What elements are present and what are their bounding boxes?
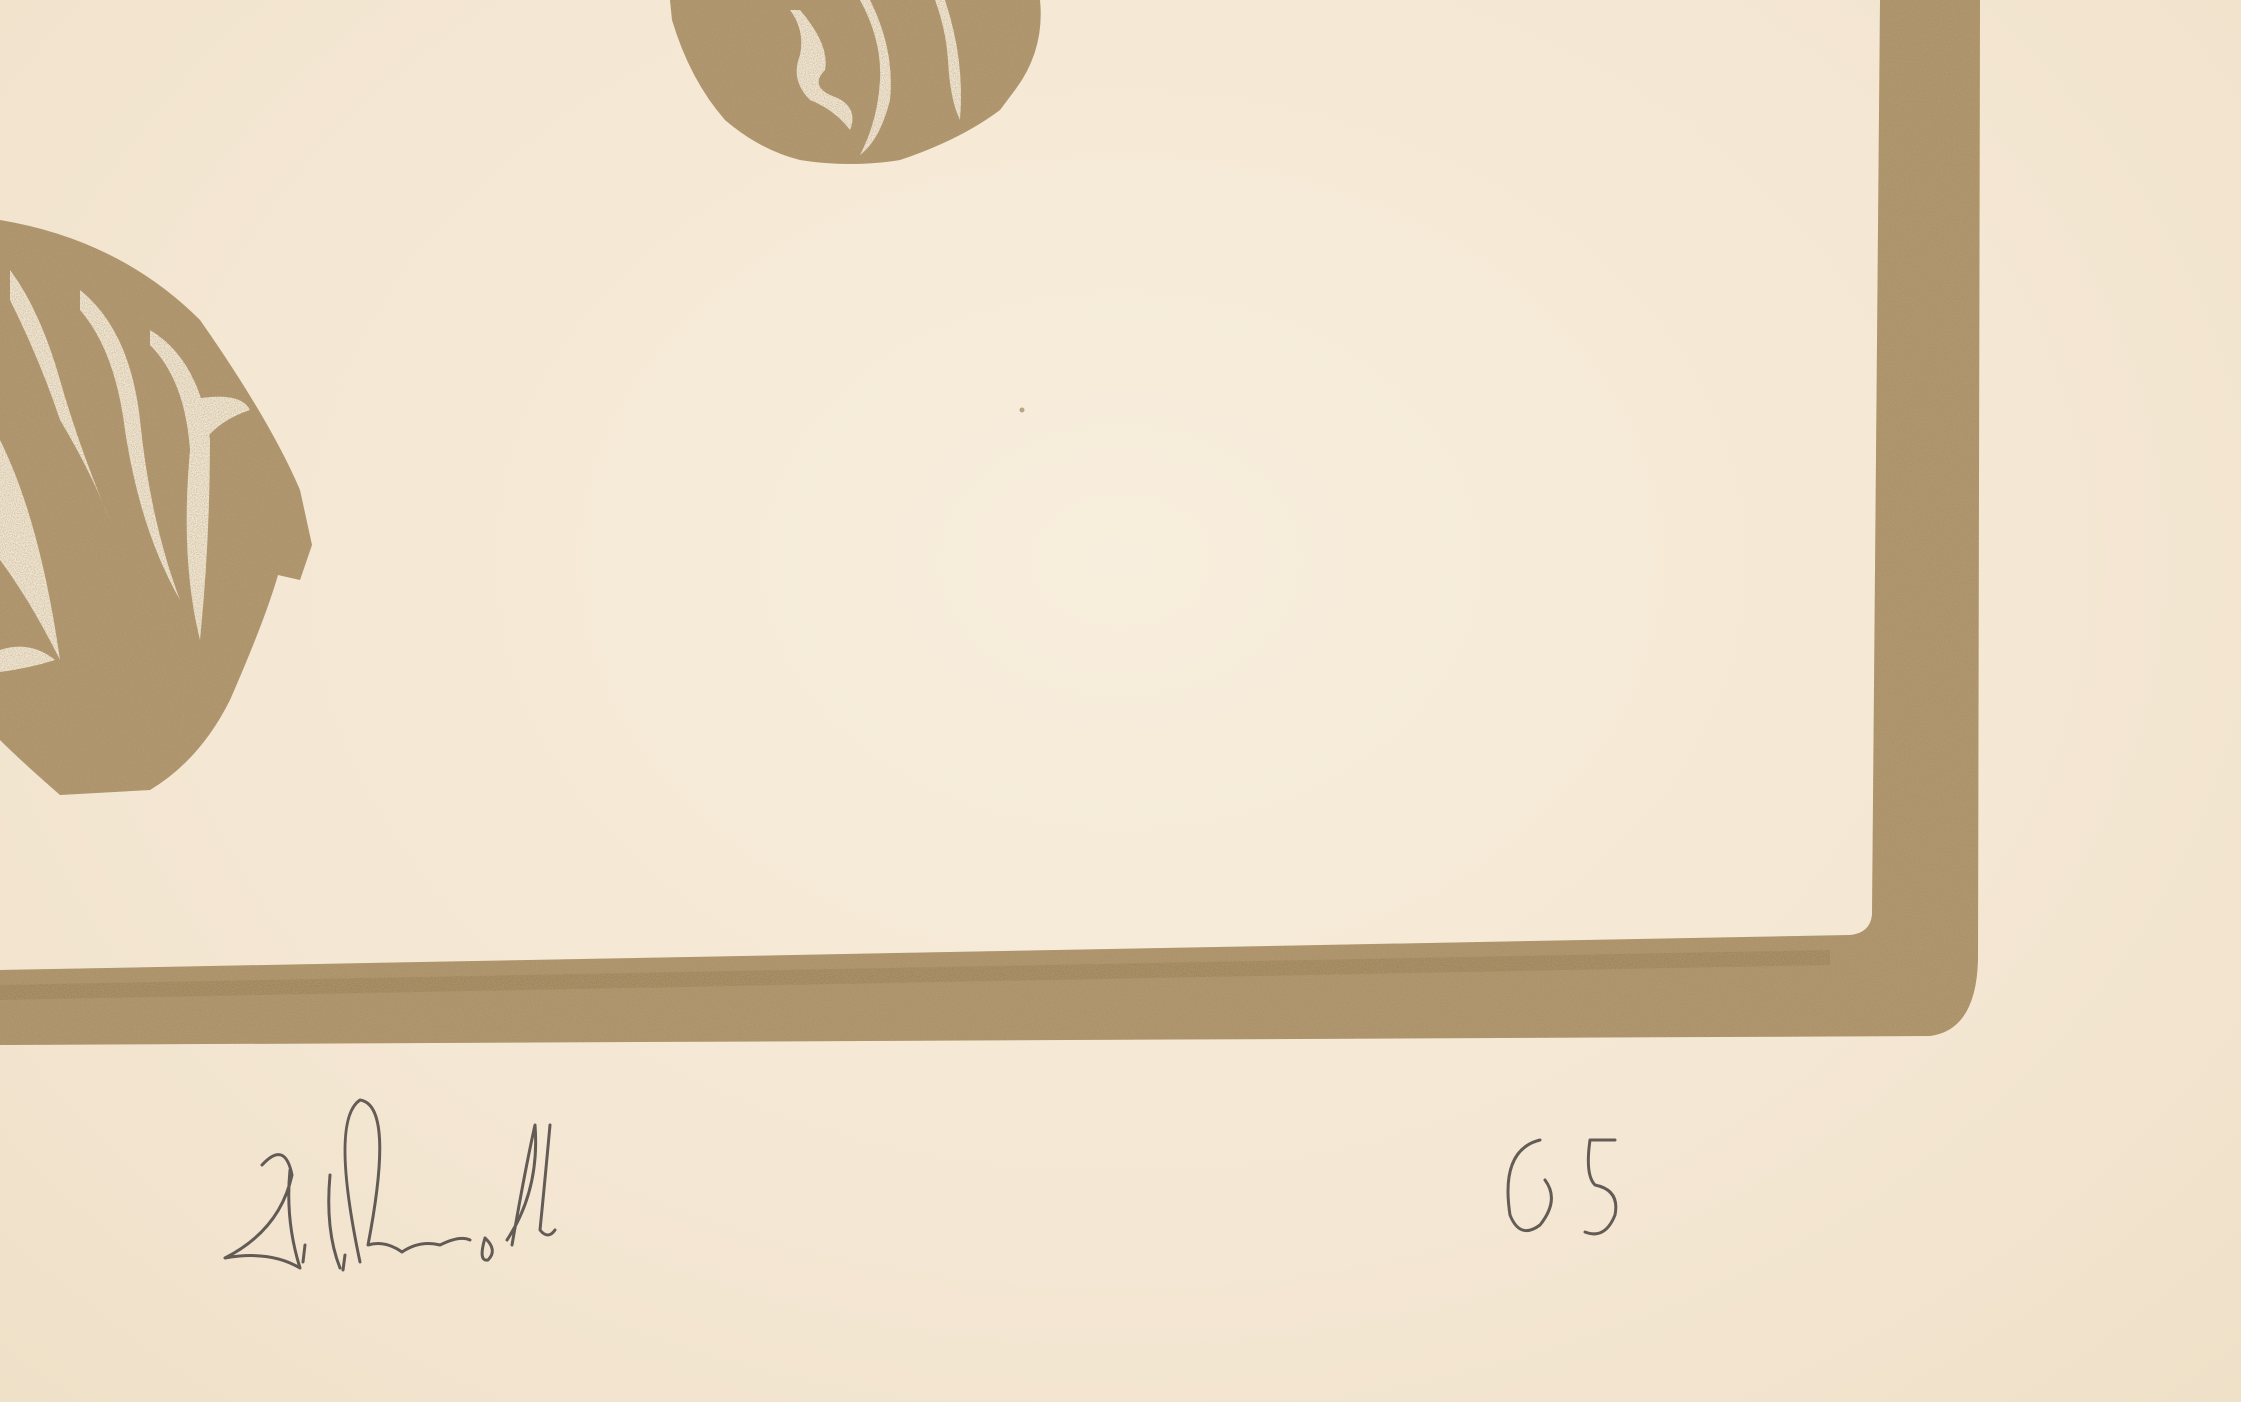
print-canvas (0, 0, 2241, 1402)
leaf-motif-top (670, 0, 1041, 164)
paper-speck (1020, 408, 1025, 413)
leaf-motif-left (0, 220, 312, 795)
signature (225, 1100, 1616, 1270)
artwork-photo: W. Arnold 65 (0, 0, 2241, 1402)
